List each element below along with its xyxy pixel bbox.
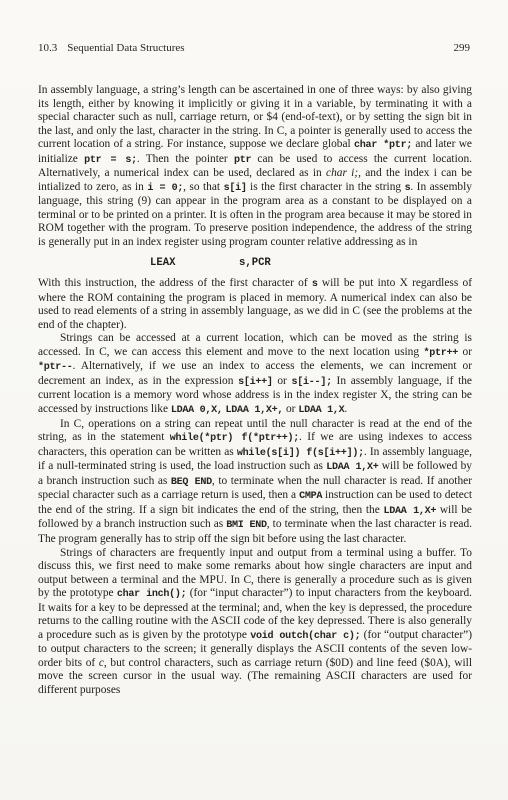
paragraph: In C, operations on a string can repeat … bbox=[38, 418, 472, 547]
paragraph: Strings can be accessed at a current loc… bbox=[38, 332, 472, 417]
inline-code: LDAA 1,X+, bbox=[226, 405, 284, 416]
inline-code: BEQ END bbox=[171, 477, 212, 488]
text-run: With this instruction, the address of th… bbox=[38, 277, 312, 289]
inline-code: s[i--]; bbox=[292, 377, 332, 388]
inline-code: *ptr-- bbox=[38, 362, 73, 373]
text-run: . Then the pointer bbox=[137, 153, 234, 165]
inline-code: LDAA 1,X bbox=[298, 405, 344, 416]
inline-code: void outch(char c); bbox=[250, 631, 360, 642]
text-run: Strings can be accessed at a current loc… bbox=[38, 332, 472, 358]
text-run: or bbox=[273, 375, 292, 387]
page-content: In assembly language, a string’s length … bbox=[38, 84, 472, 698]
text-run: . bbox=[344, 403, 347, 415]
assembly-code-line: LEAX s,PCR bbox=[150, 257, 472, 271]
text-run: is the first character in the string bbox=[247, 181, 405, 193]
text-run: , but control characters, such as carria… bbox=[38, 657, 472, 696]
paragraph: In assembly language, a string’s length … bbox=[38, 84, 472, 250]
header-left: 10.3 Sequential Data Structures bbox=[38, 42, 185, 54]
paragraph: With this instruction, the address of th… bbox=[38, 277, 472, 332]
text-run: or bbox=[458, 346, 472, 358]
inline-code: while(s[i]) f(s[i++]); bbox=[237, 448, 364, 459]
inline-code: while(*ptr) f(*ptr++); bbox=[170, 433, 299, 444]
text-run: , so that bbox=[183, 181, 223, 193]
inline-code: LDAA 0,X, bbox=[171, 405, 223, 416]
paragraph: Strings of characters are frequently inp… bbox=[38, 547, 472, 698]
inline-code: ptr bbox=[234, 155, 251, 166]
inline-code: *ptr++ bbox=[424, 348, 459, 359]
text-run: or bbox=[283, 403, 298, 415]
inline-code: LDAA 1,X+ bbox=[383, 506, 436, 517]
inline-code: BMI END bbox=[226, 520, 267, 531]
inline-code: CMPA bbox=[299, 491, 322, 502]
section-number: 10.3 bbox=[38, 42, 57, 54]
running-header: 10.3 Sequential Data Structures 299 bbox=[38, 42, 470, 54]
inline-code: s[i] bbox=[224, 183, 247, 194]
inline-code: char *ptr; bbox=[354, 140, 412, 151]
page-number: 299 bbox=[454, 42, 471, 54]
inline-code: i = 0; bbox=[147, 183, 183, 194]
italic-text: char i; bbox=[326, 167, 358, 179]
inline-code: char inch(); bbox=[117, 589, 187, 600]
section-title: Sequential Data Structures bbox=[67, 42, 184, 54]
book-page: 10.3 Sequential Data Structures 299 In a… bbox=[0, 0, 508, 800]
inline-code: s[i++] bbox=[238, 377, 273, 388]
inline-code: LDAA 1,X+ bbox=[326, 462, 378, 473]
inline-code: ptr = s; bbox=[84, 155, 137, 166]
